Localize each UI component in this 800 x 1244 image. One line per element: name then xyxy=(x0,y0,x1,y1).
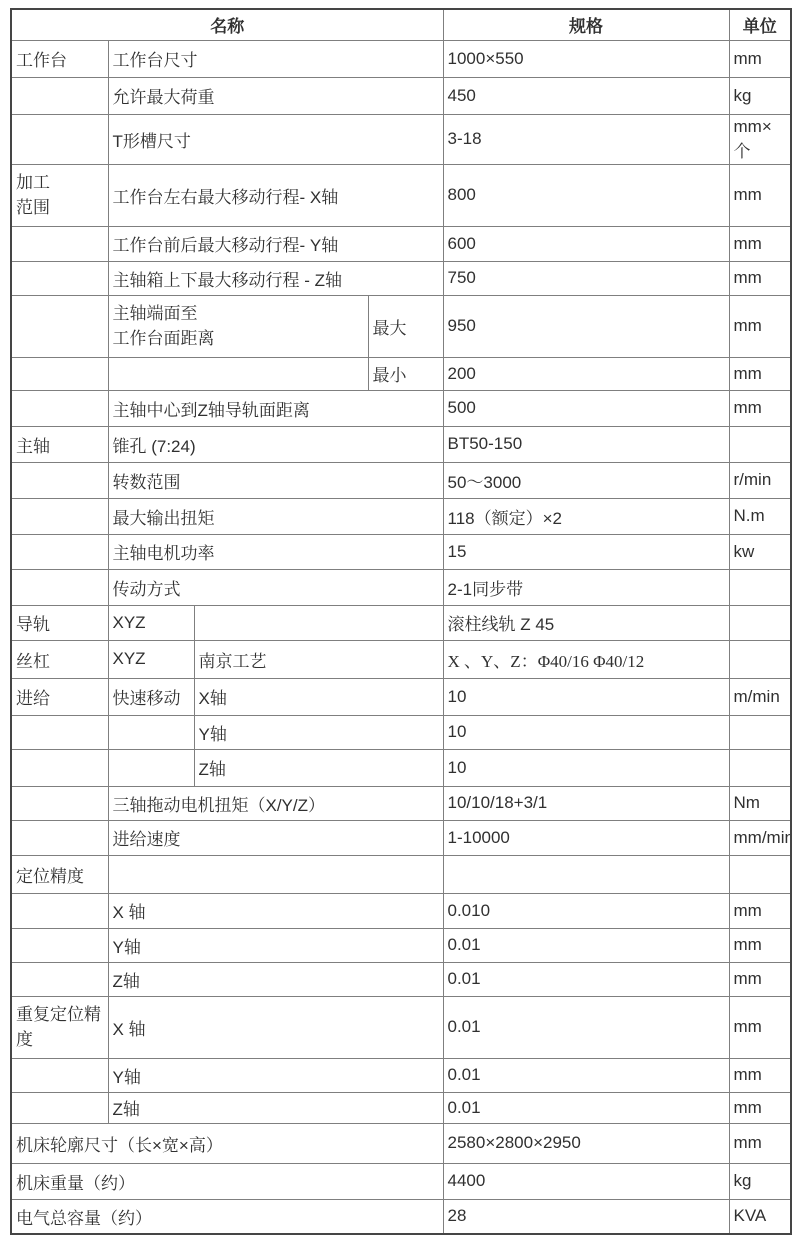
table-row: Y轴0.01mm xyxy=(11,1058,791,1092)
cell-name: 主轴电机功率 xyxy=(108,534,443,569)
cell-name: Z轴 xyxy=(108,1092,443,1123)
cell-unit: mm xyxy=(729,226,791,261)
cell-name: X 轴 xyxy=(108,893,443,928)
cell-unit xyxy=(729,855,791,893)
spec-table: 名称规格单位工作台工作台尺寸1000×550mm允许最大荷重450kgT形槽尺寸… xyxy=(10,8,792,1235)
cell-name: 工作台前后最大移动行程- Y轴 xyxy=(108,226,443,261)
cell-spec: 2-1同步带 xyxy=(443,569,729,605)
cell-name xyxy=(108,749,194,786)
table-row: 主轴中心到Z轴导轨面距离500mm xyxy=(11,390,791,426)
cell-category xyxy=(11,534,108,569)
cell-header-unit: 单位 xyxy=(729,9,791,40)
table-row: 传动方式2-1同步带 xyxy=(11,569,791,605)
cell-spec: 28 xyxy=(443,1199,729,1234)
cell-spec: 950 xyxy=(443,295,729,357)
cell-spec: 450 xyxy=(443,77,729,114)
cell-spec: 0.010 xyxy=(443,893,729,928)
table-row: 主轴端面至 工作台面距离最大950mm xyxy=(11,295,791,357)
cell-category xyxy=(11,357,108,390)
cell-spec: 1-10000 xyxy=(443,820,729,855)
table-row: 主轴锥孔 (7:24)BT50-150 xyxy=(11,426,791,462)
table-row: 加工 范围工作台左右最大移动行程- X轴800mm xyxy=(11,164,791,226)
cell-category xyxy=(11,226,108,261)
cell-name: XYZ xyxy=(108,605,194,640)
table-row: 转数范围50～3000r/min xyxy=(11,462,791,498)
table-row: 机床重量（约）4400kg xyxy=(11,1163,791,1199)
cell-category xyxy=(11,390,108,426)
cell-unit: mm xyxy=(729,390,791,426)
cell-spec: 滚柱线轨 Z 45 xyxy=(443,605,729,640)
table-row: 进给速度1-10000mm/min xyxy=(11,820,791,855)
cell-category xyxy=(11,569,108,605)
cell-name: 主轴端面至 工作台面距离 xyxy=(108,295,368,357)
cell-unit: mm xyxy=(729,357,791,390)
cell-spec: 10 xyxy=(443,715,729,749)
cell-spec: 4400 xyxy=(443,1163,729,1199)
cell-spec: 2580×2800×2950 xyxy=(443,1123,729,1163)
cell-unit: mm xyxy=(729,40,791,77)
table-row: 主轴箱上下最大移动行程 - Z轴750mm xyxy=(11,261,791,295)
cell-spec: 0.01 xyxy=(443,1058,729,1092)
cell-unit xyxy=(729,640,791,678)
cell-name: T形槽尺寸 xyxy=(108,114,443,164)
table-row: T形槽尺寸3-18mm×个 xyxy=(11,114,791,164)
cell-name: XYZ xyxy=(108,640,194,678)
table-row: Z轴10 xyxy=(11,749,791,786)
cell-unit: kg xyxy=(729,77,791,114)
table-row: 定位精度 xyxy=(11,855,791,893)
cell-unit: mm xyxy=(729,1123,791,1163)
cell-unit: mm xyxy=(729,928,791,962)
cell-unit: mm xyxy=(729,996,791,1058)
cell-category xyxy=(11,893,108,928)
table-row: 机床轮廓尺寸（长×宽×高）2580×2800×2950mm xyxy=(11,1123,791,1163)
cell-name: 允许最大荷重 xyxy=(108,77,443,114)
table-row: 丝杠XYZ南京工艺X 、Y、Z：Φ40/16 Φ40/12 xyxy=(11,640,791,678)
cell-name: 转数范围 xyxy=(108,462,443,498)
cell-category xyxy=(11,786,108,820)
cell-spec: 10 xyxy=(443,749,729,786)
cell-spec: 0.01 xyxy=(443,1092,729,1123)
table-row: 允许最大荷重450kg xyxy=(11,77,791,114)
cell-spec: 800 xyxy=(443,164,729,226)
cell-category xyxy=(11,820,108,855)
cell-subname: Z轴 xyxy=(194,749,443,786)
cell-name xyxy=(108,715,194,749)
cell-category xyxy=(11,295,108,357)
cell-spec: 0.01 xyxy=(443,996,729,1058)
cell-category xyxy=(11,928,108,962)
cell-header-name: 名称 xyxy=(11,9,443,40)
table-row: Z轴0.01mm xyxy=(11,1092,791,1123)
cell-name xyxy=(108,855,443,893)
cell-category xyxy=(11,77,108,114)
cell-spec xyxy=(443,855,729,893)
cell-unit: kg xyxy=(729,1163,791,1199)
cell-unit: r/min xyxy=(729,462,791,498)
table-row: 重复定位精 度X 轴0.01mm xyxy=(11,996,791,1058)
table-row: Y轴0.01mm xyxy=(11,928,791,962)
cell-category: 工作台 xyxy=(11,40,108,77)
table-row: 工作台工作台尺寸1000×550mm xyxy=(11,40,791,77)
table-row: Z轴0.01mm xyxy=(11,962,791,996)
cell-spec: 0.01 xyxy=(443,928,729,962)
cell-category xyxy=(11,1092,108,1123)
cell-category xyxy=(11,114,108,164)
cell-unit xyxy=(729,605,791,640)
cell-unit: mm×个 xyxy=(729,114,791,164)
cell-unit: mm/min xyxy=(729,820,791,855)
cell-subname: Y轴 xyxy=(194,715,443,749)
cell-category: 丝杠 xyxy=(11,640,108,678)
cell-unit xyxy=(729,426,791,462)
table-row: 工作台前后最大移动行程- Y轴600mm xyxy=(11,226,791,261)
cell-name: 工作台尺寸 xyxy=(108,40,443,77)
spec-table-body: 名称规格单位工作台工作台尺寸1000×550mm允许最大荷重450kgT形槽尺寸… xyxy=(11,9,791,1234)
cell-subname: 最大 xyxy=(368,295,443,357)
table-row: 电气总容量（约）28KVA xyxy=(11,1199,791,1234)
cell-name: 主轴箱上下最大移动行程 - Z轴 xyxy=(108,261,443,295)
cell-spec: 1000×550 xyxy=(443,40,729,77)
cell-name: 工作台左右最大移动行程- X轴 xyxy=(108,164,443,226)
cell-unit: kw xyxy=(729,534,791,569)
cell-name: Z轴 xyxy=(108,962,443,996)
cell-spec: 10/10/18+3/1 xyxy=(443,786,729,820)
table-row: 三轴拖动电机扭矩（X/Y/Z）10/10/18+3/1Nm xyxy=(11,786,791,820)
cell-name: X 轴 xyxy=(108,996,443,1058)
cell-unit: KVA xyxy=(729,1199,791,1234)
cell-name: Y轴 xyxy=(108,928,443,962)
cell-name: 锥孔 (7:24) xyxy=(108,426,443,462)
cell-spec: 0.01 xyxy=(443,962,729,996)
cell-category xyxy=(11,498,108,534)
cell-unit: mm xyxy=(729,962,791,996)
cell-spec: 50～3000 xyxy=(443,462,729,498)
cell-spec: BT50-150 xyxy=(443,426,729,462)
cell-category xyxy=(11,749,108,786)
cell-category xyxy=(11,1058,108,1092)
cell-subname: 最小 xyxy=(368,357,443,390)
cell-unit: mm xyxy=(729,164,791,226)
table-header-row: 名称规格单位 xyxy=(11,9,791,40)
cell-subname: X轴 xyxy=(194,678,443,715)
table-row: 进给快速移动X轴10m/min xyxy=(11,678,791,715)
cell-unit: mm xyxy=(729,295,791,357)
cell-name: 主轴中心到Z轴导轨面距离 xyxy=(108,390,443,426)
cell-spec: 600 xyxy=(443,226,729,261)
cell-spec: 500 xyxy=(443,390,729,426)
cell-unit: mm xyxy=(729,261,791,295)
table-row: 主轴电机功率15kw xyxy=(11,534,791,569)
cell-header-spec: 规格 xyxy=(443,9,729,40)
cell-unit: mm xyxy=(729,1058,791,1092)
cell-name: 最大输出扭矩 xyxy=(108,498,443,534)
cell-spec: 118（额定）×2 xyxy=(443,498,729,534)
table-row: 最大输出扭矩118（额定）×2N.m xyxy=(11,498,791,534)
cell-spec: 10 xyxy=(443,678,729,715)
cell-unit: mm xyxy=(729,893,791,928)
cell-category: 进给 xyxy=(11,678,108,715)
cell-name: 电气总容量（约） xyxy=(11,1199,443,1234)
cell-name: 三轴拖动电机扭矩（X/Y/Z） xyxy=(108,786,443,820)
cell-name: 进给速度 xyxy=(108,820,443,855)
cell-name: 机床重量（约） xyxy=(11,1163,443,1199)
cell-category xyxy=(11,715,108,749)
cell-unit: m/min xyxy=(729,678,791,715)
cell-spec: 750 xyxy=(443,261,729,295)
cell-category xyxy=(11,462,108,498)
cell-unit xyxy=(729,569,791,605)
cell-category: 定位精度 xyxy=(11,855,108,893)
cell-unit xyxy=(729,749,791,786)
cell-category: 导轨 xyxy=(11,605,108,640)
cell-unit: N.m xyxy=(729,498,791,534)
table-row: 导轨XYZ滚柱线轨 Z 45 xyxy=(11,605,791,640)
table-row: X 轴0.010mm xyxy=(11,893,791,928)
cell-spec: 200 xyxy=(443,357,729,390)
cell-category: 主轴 xyxy=(11,426,108,462)
cell-name: 传动方式 xyxy=(108,569,443,605)
cell-category xyxy=(11,261,108,295)
table-row: Y轴10 xyxy=(11,715,791,749)
cell-subname: 南京工艺 xyxy=(194,640,443,678)
cell-name: 快速移动 xyxy=(108,678,194,715)
cell-category: 重复定位精 度 xyxy=(11,996,108,1058)
cell-subname xyxy=(194,605,443,640)
cell-spec: 15 xyxy=(443,534,729,569)
cell-name xyxy=(108,357,368,390)
cell-spec: X 、Y、Z：Φ40/16 Φ40/12 xyxy=(443,640,729,678)
cell-spec: 3-18 xyxy=(443,114,729,164)
cell-unit xyxy=(729,715,791,749)
cell-category xyxy=(11,962,108,996)
cell-unit: mm xyxy=(729,1092,791,1123)
cell-name: Y轴 xyxy=(108,1058,443,1092)
cell-unit: Nm xyxy=(729,786,791,820)
table-row: 最小200mm xyxy=(11,357,791,390)
cell-category: 加工 范围 xyxy=(11,164,108,226)
cell-name: 机床轮廓尺寸（长×宽×高） xyxy=(11,1123,443,1163)
